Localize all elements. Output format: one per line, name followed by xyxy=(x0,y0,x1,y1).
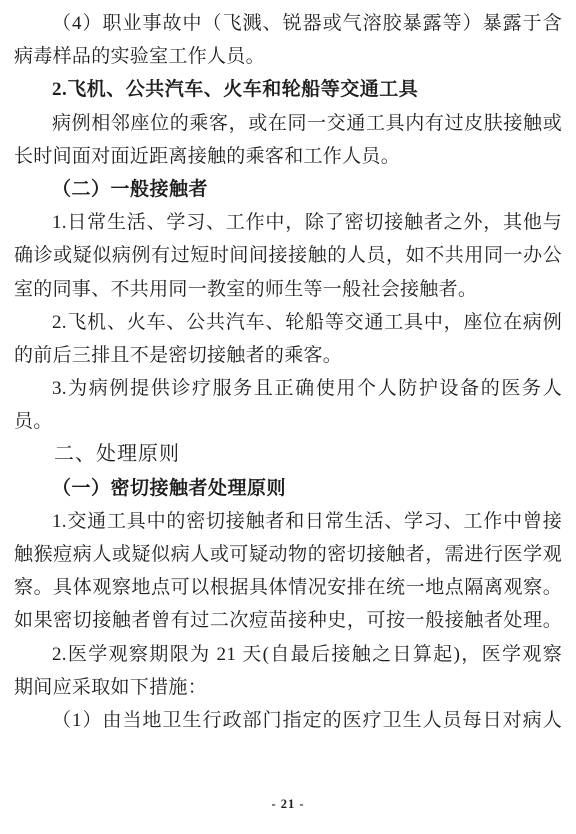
paragraph-line: 室的同事、不共用同一教室的师生等一般社会接触者。 xyxy=(14,273,562,306)
paragraph-line: 员。 xyxy=(14,405,562,438)
page-number: - 21 - xyxy=(0,797,576,812)
paragraph-line: 2.飞机、火车、公共汽车、轮船等交通工具中，座位在病例 xyxy=(14,306,562,339)
paragraph-line: 1.交通工具中的密切接触者和日常生活、学习、工作中曾接 xyxy=(14,505,562,538)
paragraph-line: 确诊或疑似病例有过短时间间接接触的人员，如不共用同一办公 xyxy=(14,239,562,272)
heading-close-contact-principles: （一）密切接触者处理原则 xyxy=(14,472,562,505)
document-page: （4）职业事故中（飞溅、锐器或气溶胶暴露等）暴露于含 病毒样品的实验室工作人员。… xyxy=(0,0,576,834)
paragraph-line: 病毒样品的实验室工作人员。 xyxy=(14,40,562,73)
paragraph-line: 触猴痘病人或疑似病人或可疑动物的密切接触者，需进行医学观 xyxy=(14,538,562,571)
paragraph-line: 1.日常生活、学习、工作中，除了密切接触者之外，其他与 xyxy=(14,206,562,239)
heading-transport-tools: 2.飞机、公共汽车、火车和轮船等交通工具 xyxy=(14,73,562,106)
paragraph-line: 期间应采取如下措施： xyxy=(14,671,562,704)
heading-general-contacts: （二）一般接触者 xyxy=(14,173,562,206)
paragraph-line: 2.医学观察期限为 21 天(自最后接触之日算起)，医学观察 xyxy=(14,638,562,671)
paragraph-line: （1）由当地卫生行政部门指定的医疗卫生人员每日对病人 xyxy=(14,704,562,737)
document-body: （4）职业事故中（飞溅、锐器或气溶胶暴露等）暴露于含 病毒样品的实验室工作人员。… xyxy=(14,7,562,737)
heading-handling-principles: 二、处理原则 xyxy=(14,438,562,471)
paragraph-line: （4）职业事故中（飞溅、锐器或气溶胶暴露等）暴露于含 xyxy=(14,7,562,40)
paragraph-line: 的前后三排且不是密切接触者的乘客。 xyxy=(14,339,562,372)
paragraph-line: 长时间面对面近距离接触的乘客和工作人员。 xyxy=(14,140,562,173)
paragraph-line: 病例相邻座位的乘客，或在同一交通工具内有过皮肤接触或 xyxy=(14,107,562,140)
paragraph-line: 3.为病例提供诊疗服务且正确使用个人防护设备的医务人 xyxy=(14,372,562,405)
paragraph-line: 如果密切接触者曾有过二次痘苗接种史，可按一般接触者处理。 xyxy=(14,604,562,637)
paragraph-line: 察。具体观察地点可以根据具体情况安排在统一地点隔离观察。 xyxy=(14,571,562,604)
